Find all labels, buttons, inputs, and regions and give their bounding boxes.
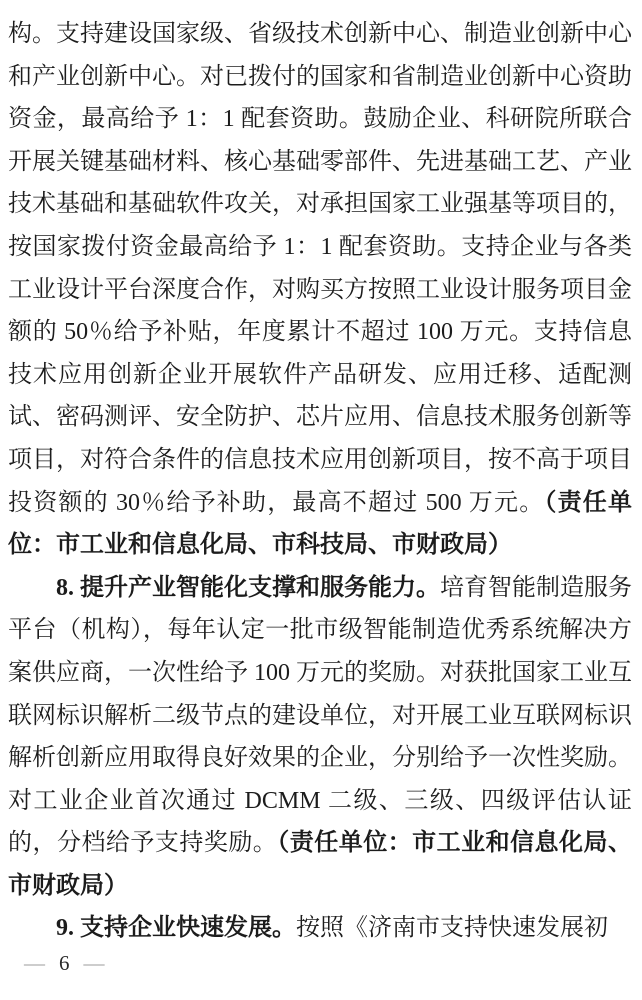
item-9-heading: 9. 支持企业快速发展。	[56, 915, 296, 941]
paragraph-continuation-text: 构。支持建设国家级、省级技术创新中心、制造业创新中心和产业创新中心。对已拨付的国…	[8, 21, 632, 516]
footer-right-dash: —	[84, 951, 105, 976]
item-9-body-text: 按照《济南市支持快速发展初	[296, 915, 608, 941]
paragraph-item-9: 9. 支持企业快速发展。按照《济南市支持快速发展初	[8, 907, 632, 950]
item-8-heading: 8. 提升产业智能化支撑和服务能力。	[56, 575, 440, 601]
footer-left-dash: —	[24, 951, 45, 976]
paragraph-item-8: 8. 提升产业智能化支撑和服务能力。培育智能制造服务平台（机构），每年认定一批市…	[8, 567, 632, 908]
page-footer: — 6 —	[24, 951, 105, 976]
document-body: 构。支持建设国家级、省级技术创新中心、制造业创新中心和产业创新中心。对已拨付的国…	[0, 0, 642, 950]
paragraph-continuation: 构。支持建设国家级、省级技术创新中心、制造业创新中心和产业创新中心。对已拨付的国…	[8, 13, 632, 567]
item-8-body-text: 培育智能制造服务平台（机构），每年认定一批市级智能制造优秀系统解决方案供应商，一…	[8, 575, 632, 857]
document-page: 构。支持建设国家级、省级技术创新中心、制造业创新中心和产业创新中心。对已拨付的国…	[0, 0, 642, 1000]
page-number: 6	[59, 951, 70, 976]
